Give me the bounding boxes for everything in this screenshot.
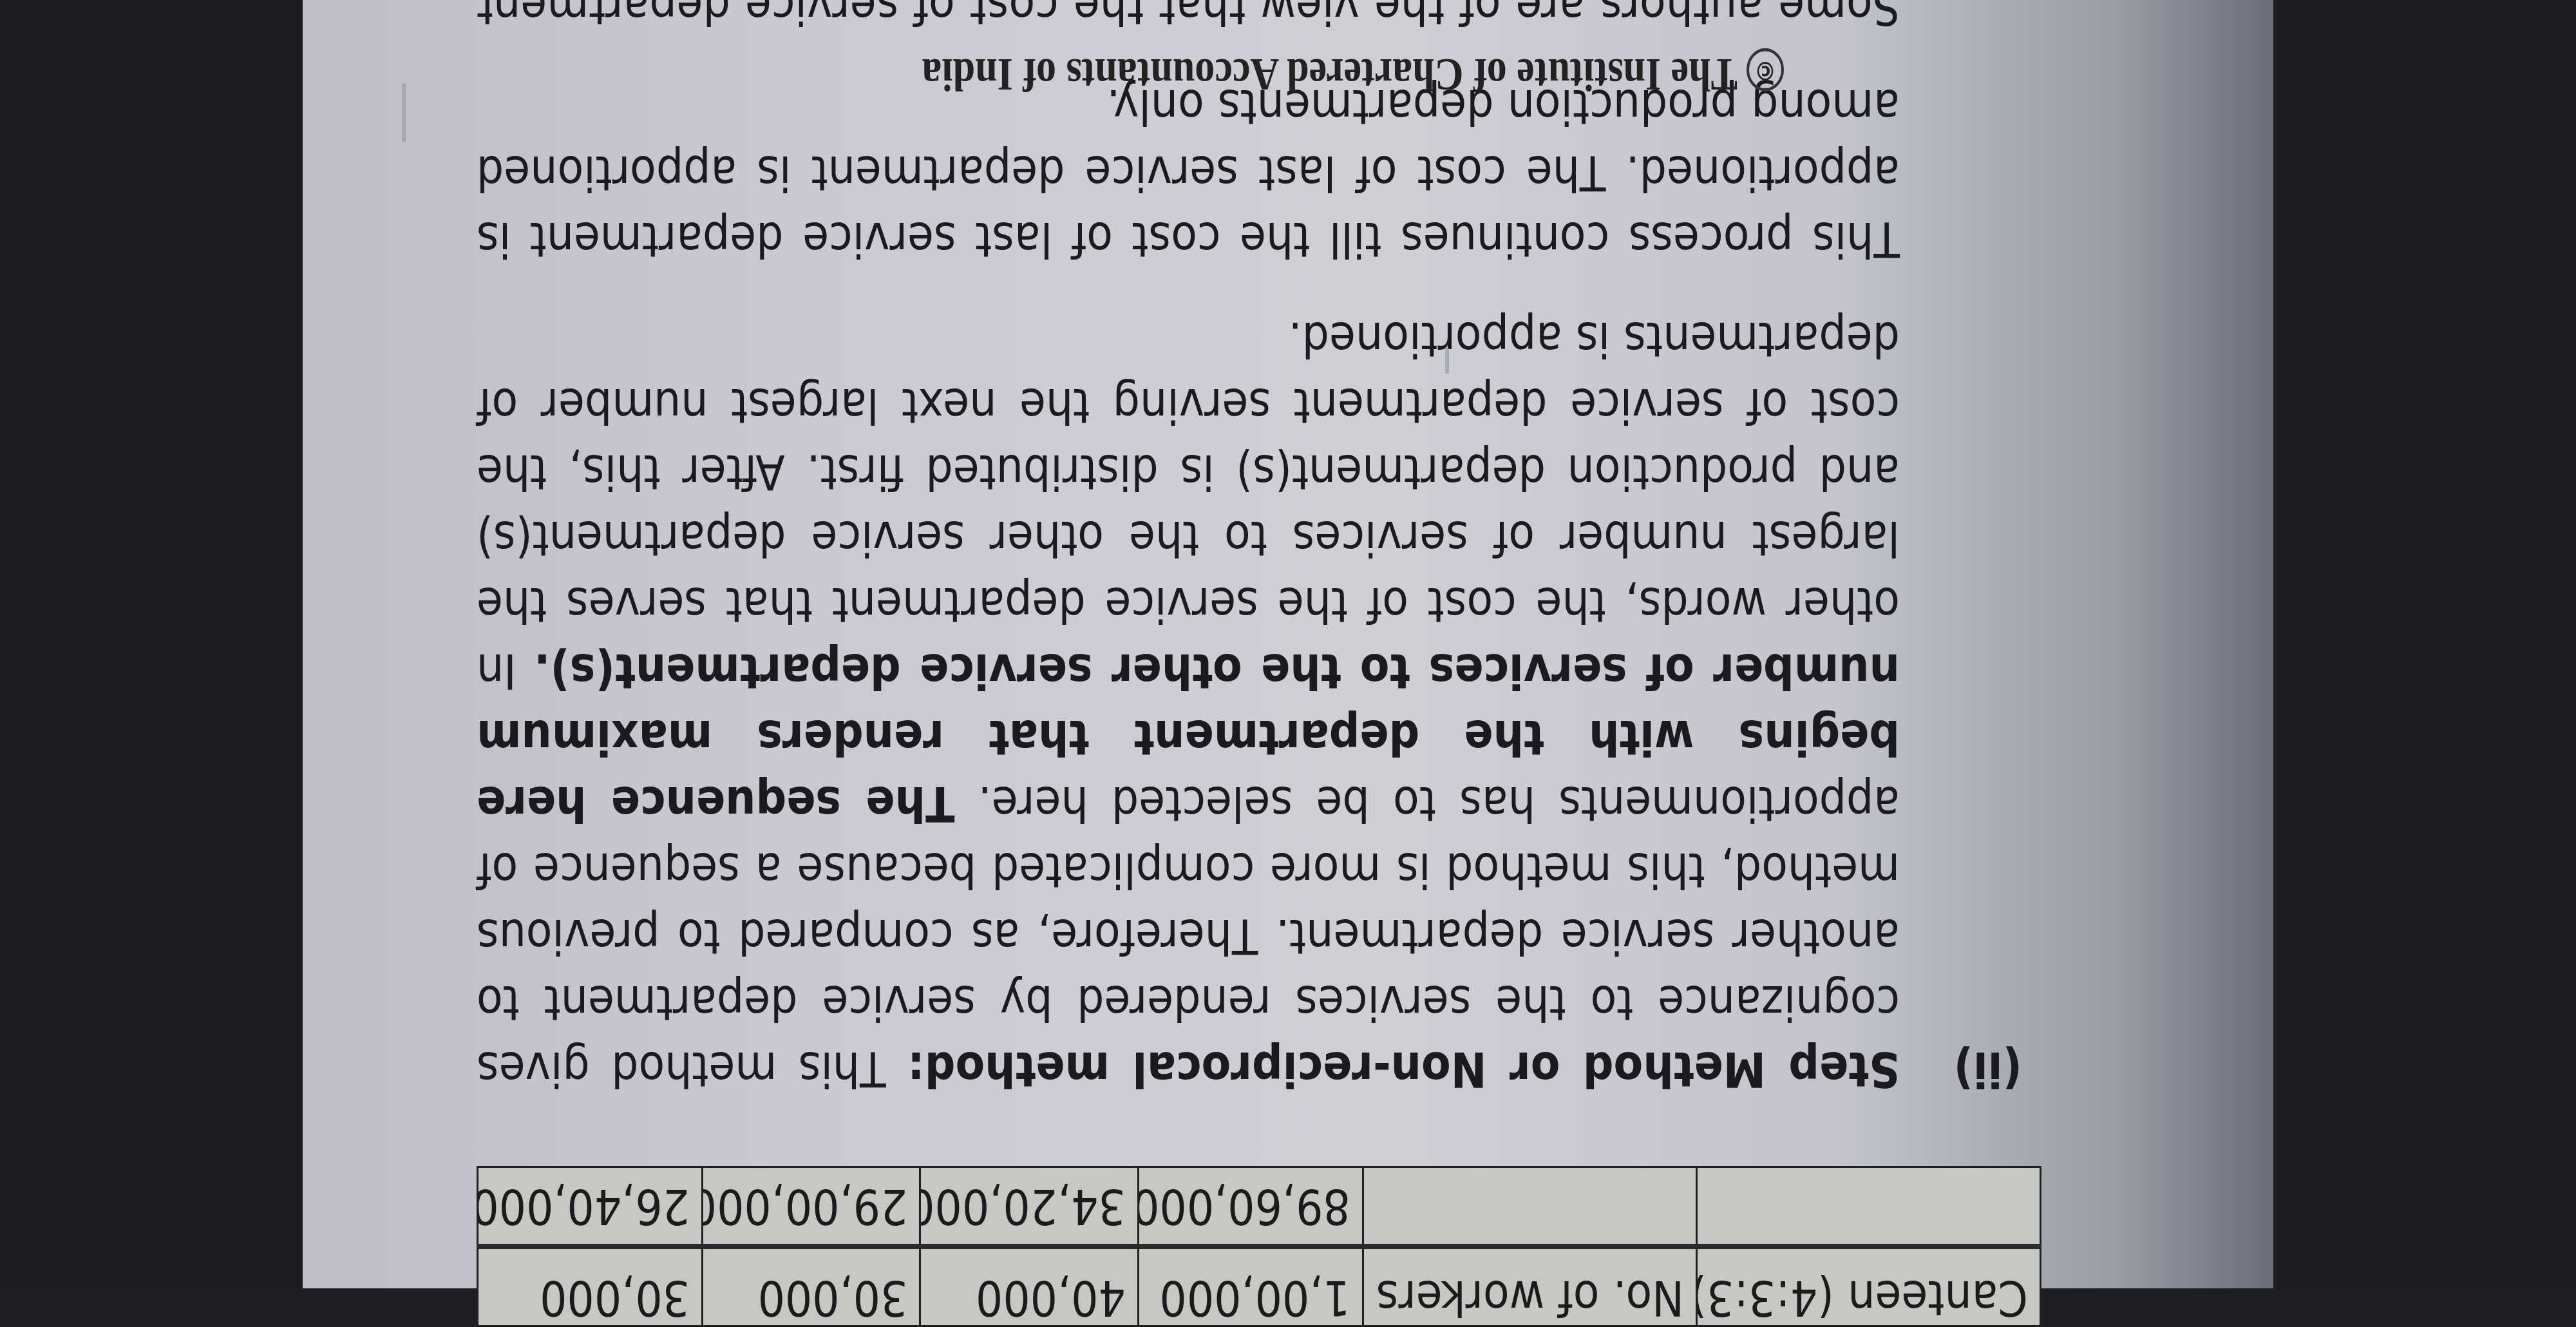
table-cell: 34,20,000 — [920, 1167, 1138, 1247]
table-cell: 89,60,000 — [1138, 1167, 1363, 1247]
section-paragraph-1: (ii) Step Method or Non-reciprocal metho… — [477, 305, 2022, 1102]
table-cell: 26,40,000 — [478, 1167, 703, 1247]
table-cell: 30,000 — [703, 1246, 920, 1288]
section-paragraph-2: This process continues till the cost of … — [477, 73, 1900, 272]
row-label: Canteen (4:3:3) — [1696, 1246, 2040, 1288]
row-basis: No. of workers — [1363, 1246, 1696, 1288]
copyright-footer: ©The Institute of Chartered Accountants … — [922, 48, 1784, 100]
continuation-text: In other words, the cost of the service … — [477, 311, 1900, 698]
dust-mark — [402, 84, 406, 142]
table-row: Canteen (4:3:3) No. of workers 1,00,000 … — [478, 1246, 2041, 1288]
table-cell: 40,000 — [920, 1246, 1138, 1288]
section-number: (ii) — [1900, 305, 2022, 1102]
table-cell: 30,000 — [478, 1246, 703, 1288]
section-title: Step Method or Non-reciprocal method: — [907, 1041, 1900, 1096]
table-cell: 29,00,000 — [703, 1167, 920, 1247]
footer-text: The Institute of Chartered Accountants o… — [922, 49, 1738, 99]
section-paragraph-3: Some authors are of the view that the co… — [477, 0, 1900, 39]
table-row: 89,60,000 34,20,000 29,00,000 26,40,000 — [478, 1167, 2041, 1247]
book-page: Canteen (4:3:3) No. of workers 1,00,000 … — [303, 0, 2273, 1288]
photo-stage-rotated: Canteen (4:3:3) No. of workers 1,00,000 … — [0, 0, 2576, 1288]
table-cell: 1,00,000 — [1138, 1246, 1363, 1288]
cost-table: Canteen (4:3:3) No. of workers 1,00,000 … — [477, 1166, 2041, 1288]
row-basis — [1363, 1167, 1696, 1247]
row-label — [1696, 1167, 2040, 1247]
paragraph-text: Step Method or Non-reciprocal method: Th… — [477, 305, 1900, 1102]
section-body: (ii) Step Method or Non-reciprocal metho… — [477, 0, 2022, 1102]
copyright-icon: © — [1747, 48, 1784, 91]
dust-mark — [1445, 348, 1449, 374]
